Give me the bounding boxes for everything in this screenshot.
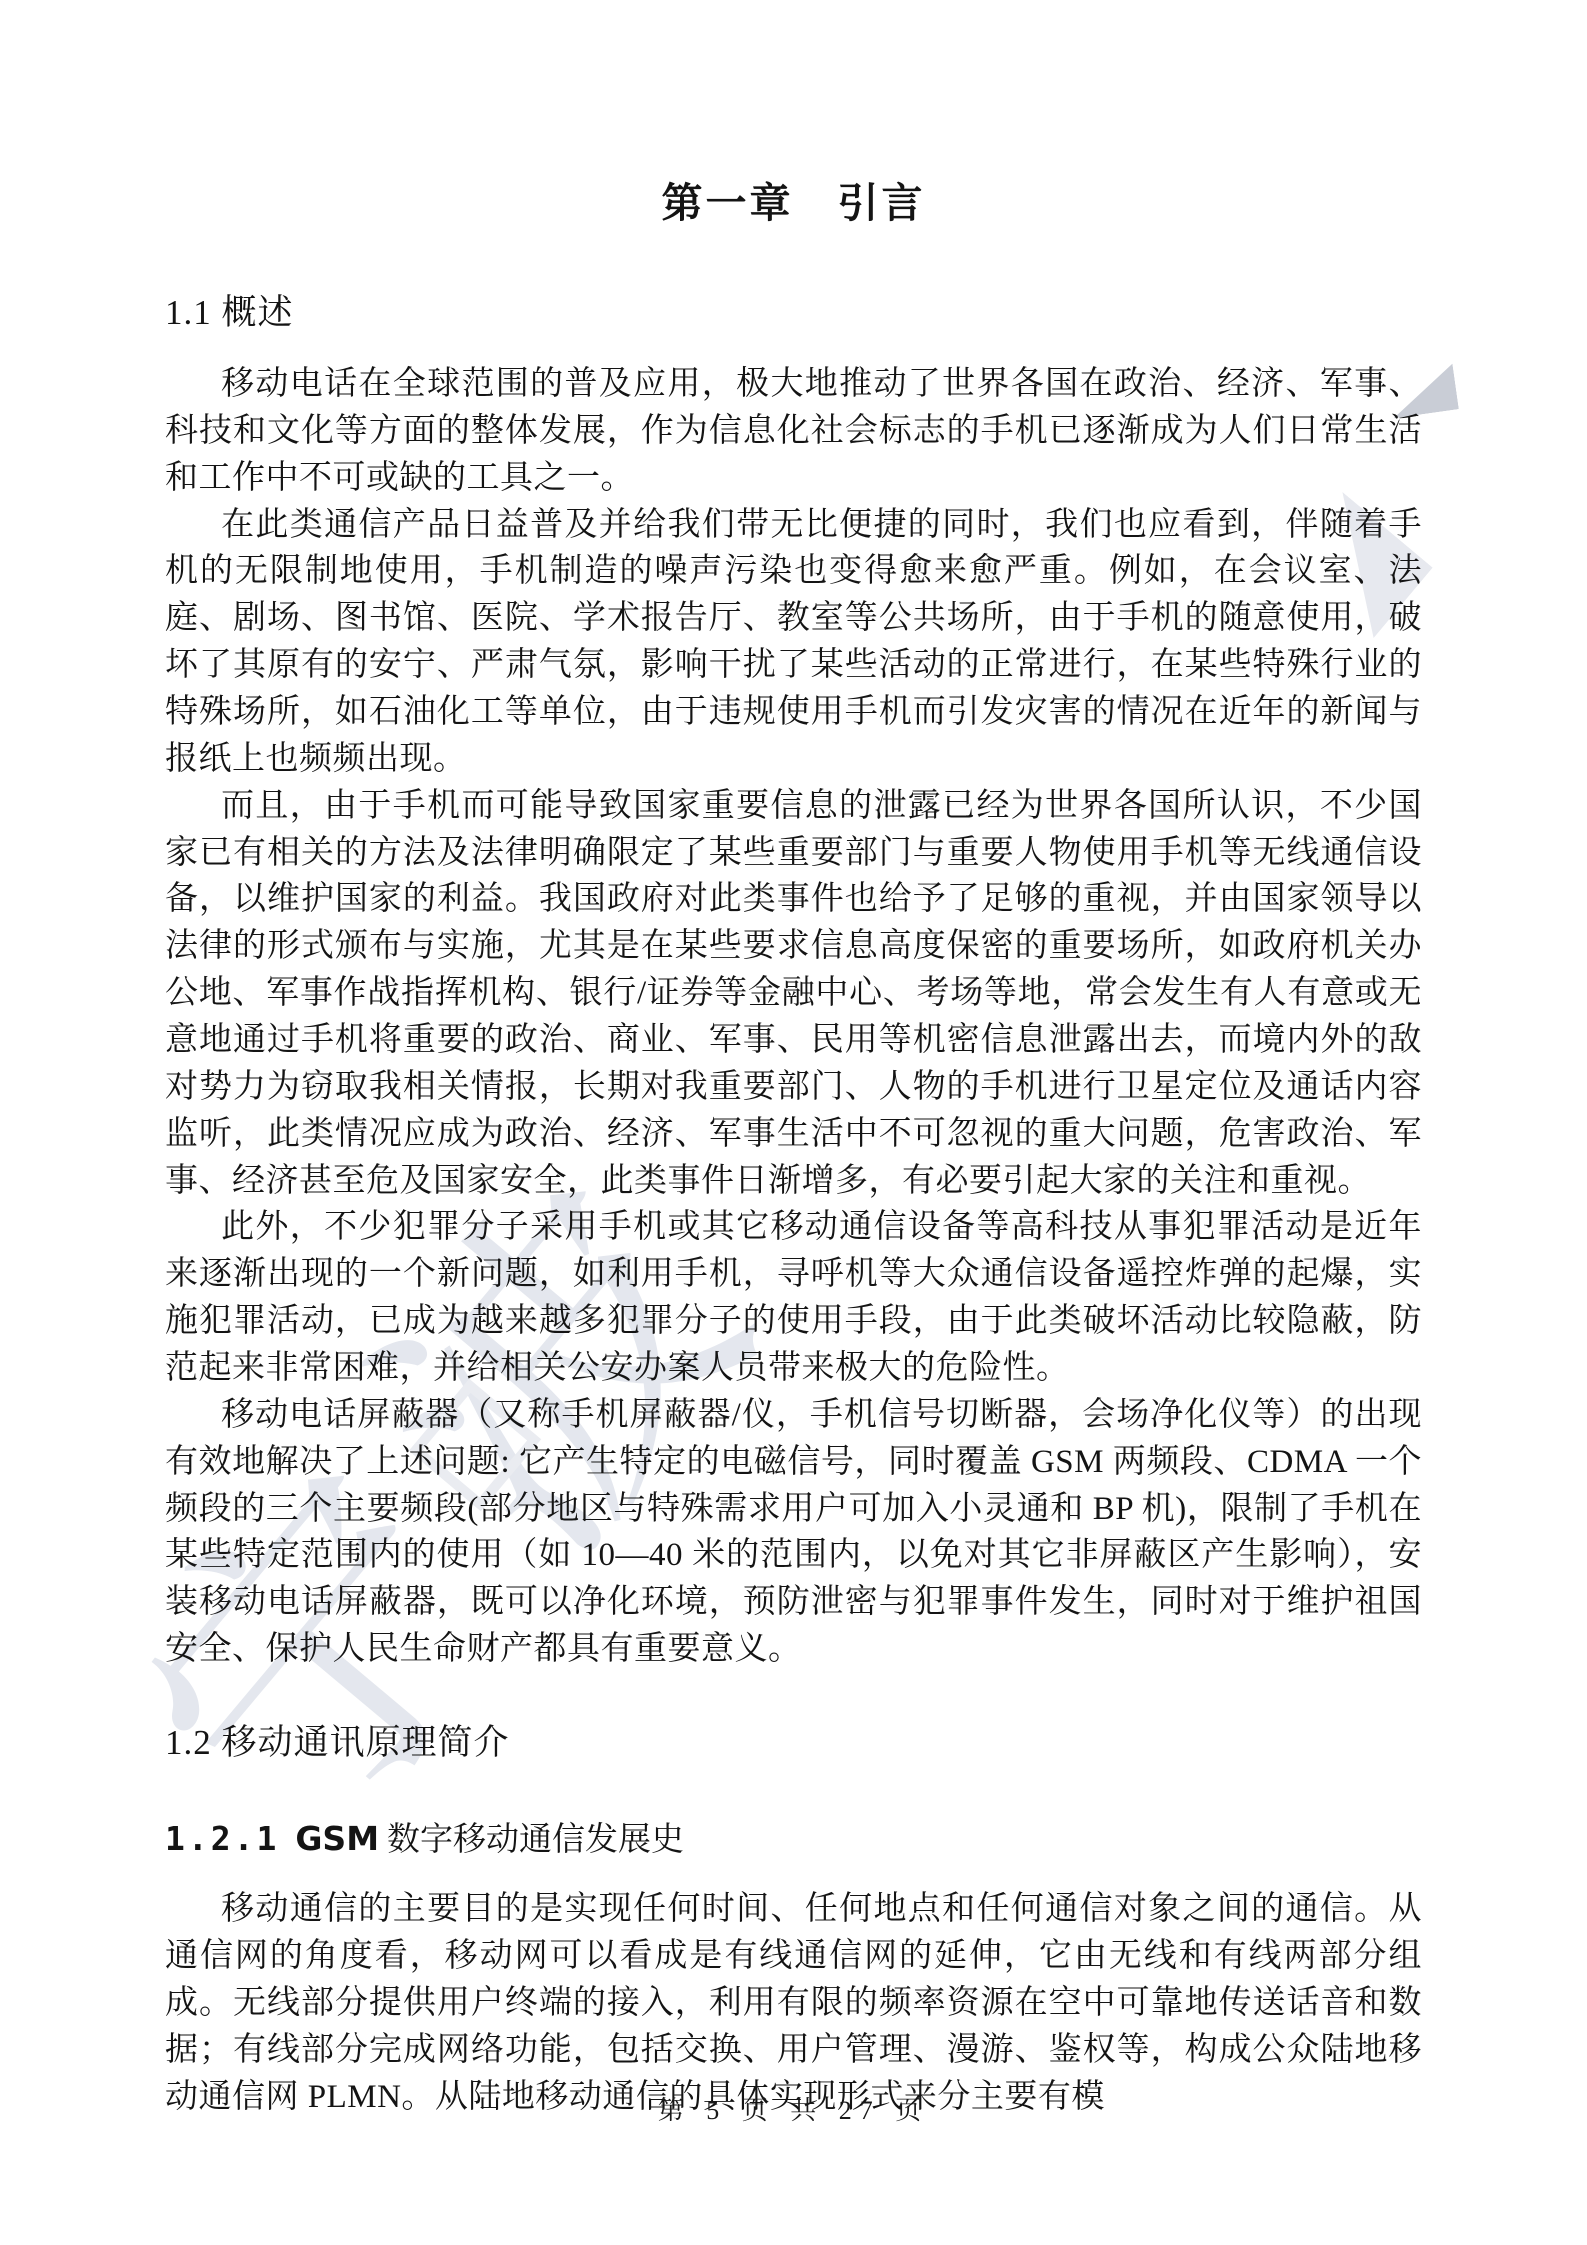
section-heading-1-2: 1.2 移动通讯原理简介	[165, 1715, 1422, 1765]
chapter-title: 第一章 引言	[165, 170, 1422, 229]
section-heading-1-1: 1.1 概述	[165, 285, 1422, 335]
document-page: 宁波 第一章 引言 1.1 概述 移动电话在全球范围的普及应用，极大地推动了世界…	[0, 0, 1587, 2245]
paragraph: 移动电话在全球范围的普及应用，极大地推动了世界各国在政治、经济、军事、科技和文化…	[165, 361, 1422, 502]
section-number: 1.2.1	[165, 1819, 279, 1858]
paragraph: 移动通信的主要目的是实现任何时间、任何地点和任何通信对象之间的通信。从通信网的角…	[165, 1886, 1422, 2120]
paragraph: 在此类通信产品日益普及并给我们带无比便捷的同时，我们也应看到，伴随着手机的无限制…	[165, 502, 1422, 783]
section-heading-en: GSM	[295, 1819, 379, 1858]
page-number-footer: 第 5 页 共 27 页	[0, 2090, 1587, 2127]
page-content: 第一章 引言 1.1 概述 移动电话在全球范围的普及应用，极大地推动了世界各国在…	[165, 0, 1422, 2120]
paragraph: 此外，不少犯罪分子采用手机或其它移动通信设备等高科技从事犯罪活动是近年来逐渐出现…	[165, 1204, 1422, 1391]
section-heading-zh: 数字移动通信发展史	[387, 1822, 684, 1858]
section-heading-1-2-1: 1.2.1GSM数字移动通信发展史	[165, 1813, 1422, 1860]
paragraph: 而且，由于手机而可能导致国家重要信息的泄露已经为世界各国所认识，不少国家已有相关…	[165, 783, 1422, 1205]
paragraph: 移动电话屏蔽器（又称手机屏蔽器/仪，手机信号切断器，会场净化仪等）的出现有效地解…	[165, 1392, 1422, 1673]
